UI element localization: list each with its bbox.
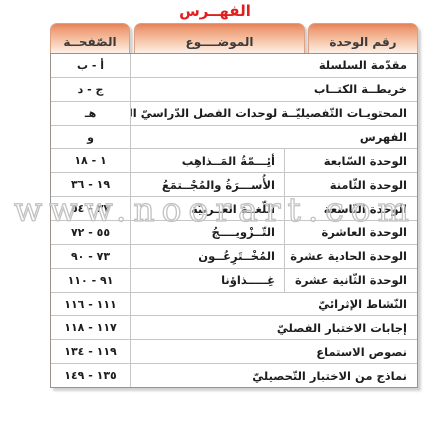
subject-title: النّشاط الإثرائيّ xyxy=(131,293,417,316)
table-row: ١٩ - ٣٦الأُســـرَةُ والمُجْــتمَعُالوحدة… xyxy=(51,172,417,196)
subject-title: الفهرس xyxy=(131,126,417,149)
page-range: و xyxy=(51,126,131,149)
table-row: ١١١ - ١١٦النّشاط الإثرائيّ xyxy=(51,292,417,316)
page-range: ١٩ - ٣٦ xyxy=(51,173,131,196)
table-row: ١٣٥ - ١٤٩نماذج من الاختبار التّحصيليّ xyxy=(51,363,417,387)
table-row: ٣٧ - ٥٤اللّغــة العــربيّةالوحدة التّاسع… xyxy=(51,196,417,220)
page-range: ٣٧ - ٥٤ xyxy=(51,197,131,220)
unit-name: الوحدة العاشرة xyxy=(284,221,417,244)
page-range: ٩١ - ١١٠ xyxy=(51,269,131,292)
column-header-unit-number: رقم الوحدة xyxy=(308,23,418,53)
table-row: والفهرس xyxy=(51,125,417,149)
unit-name: الوحدة الثّامنة xyxy=(284,173,417,196)
table-row: هـالمحتويـات التّفصيليّــة لوحدات الفصل … xyxy=(51,101,417,125)
page-range: ١١١ - ١١٦ xyxy=(51,293,131,316)
subject-title: نصوص الاستماع xyxy=(131,340,417,363)
table-row: ٩١ - ١١٠غِـــــذاؤناالوحدة الثّانية عشرة xyxy=(51,268,417,292)
table-row: ٥٥ - ٧٢التّــزْويــــجُالوحدة العاشرة xyxy=(51,220,417,244)
subject-title: غِـــــذاؤنا xyxy=(131,269,284,292)
table-row: ١١٩ - ١٣٤نصوص الاستماع xyxy=(51,339,417,363)
subject-title: أئِـــمّةُ المَــذاهِب xyxy=(131,149,284,172)
toc-body: أ - بمقدّمة السلسلةج - دخريطــة الكتــاب… xyxy=(50,53,418,388)
table-row: ج - دخريطــة الكتــاب xyxy=(51,77,417,101)
toc-header-row: الصّفحــة الموضــــوع رقم الوحدة xyxy=(50,23,418,53)
page-range: ٥٥ - ٧٢ xyxy=(51,221,131,244)
subject-title: إجابات الاختبار الفصليّ xyxy=(131,316,417,339)
subject-title: الأُســـرَةُ والمُجْــتمَعُ xyxy=(131,173,284,196)
subject-title: التّــزْويــــجُ xyxy=(131,221,284,244)
page-range: أ - ب xyxy=(51,54,131,77)
page-range: ١ - ١٨ xyxy=(51,149,131,172)
scanned-toc-page: الفهــرس الصّفحــة الموضــــوع رقم الوحد… xyxy=(0,0,430,430)
table-row: أ - بمقدّمة السلسلة xyxy=(51,54,417,77)
table-row: ١ - ١٨أئِـــمّةُ المَــذاهِبالوحدة السّا… xyxy=(51,148,417,172)
page-range: ١٣٥ - ١٤٩ xyxy=(51,364,131,387)
page-range: ٧٣ - ٩٠ xyxy=(51,245,131,268)
table-row: ١١٧ - ١١٨إجابات الاختبار الفصليّ xyxy=(51,315,417,339)
unit-name: الوحدة الثّانية عشرة xyxy=(284,269,417,292)
page-title: الفهــرس xyxy=(0,2,430,20)
subject-title: المُخْــتَرِعُــون xyxy=(131,245,284,268)
column-header-page: الصّفحــة xyxy=(50,23,130,53)
page-range: هـ xyxy=(51,102,131,125)
subject-title: نماذج من الاختبار التّحصيليّ xyxy=(131,364,417,387)
table-row: ٧٣ - ٩٠المُخْــتَرِعُــونالوحدة الحادية … xyxy=(51,244,417,268)
page-range: ١١٧ - ١١٨ xyxy=(51,316,131,339)
unit-name: الوحدة الحادية عشرة xyxy=(284,245,417,268)
unit-name: الوحدة السّابعة xyxy=(284,149,417,172)
subject-title: خريطــة الكتــاب xyxy=(131,78,417,101)
unit-name: الوحدة التّاسعة xyxy=(284,197,417,220)
subject-title: اللّغــة العــربيّة xyxy=(131,197,284,220)
column-header-subject: الموضــــوع xyxy=(134,23,305,53)
page-range: ١١٩ - ١٣٤ xyxy=(51,340,131,363)
subject-title: المحتويـات التّفصيليّــة لوحدات الفصل ال… xyxy=(131,102,417,125)
page-range: ج - د xyxy=(51,78,131,101)
subject-title: مقدّمة السلسلة xyxy=(131,54,417,77)
toc-table: الصّفحــة الموضــــوع رقم الوحدة أ - بمق… xyxy=(50,23,418,388)
